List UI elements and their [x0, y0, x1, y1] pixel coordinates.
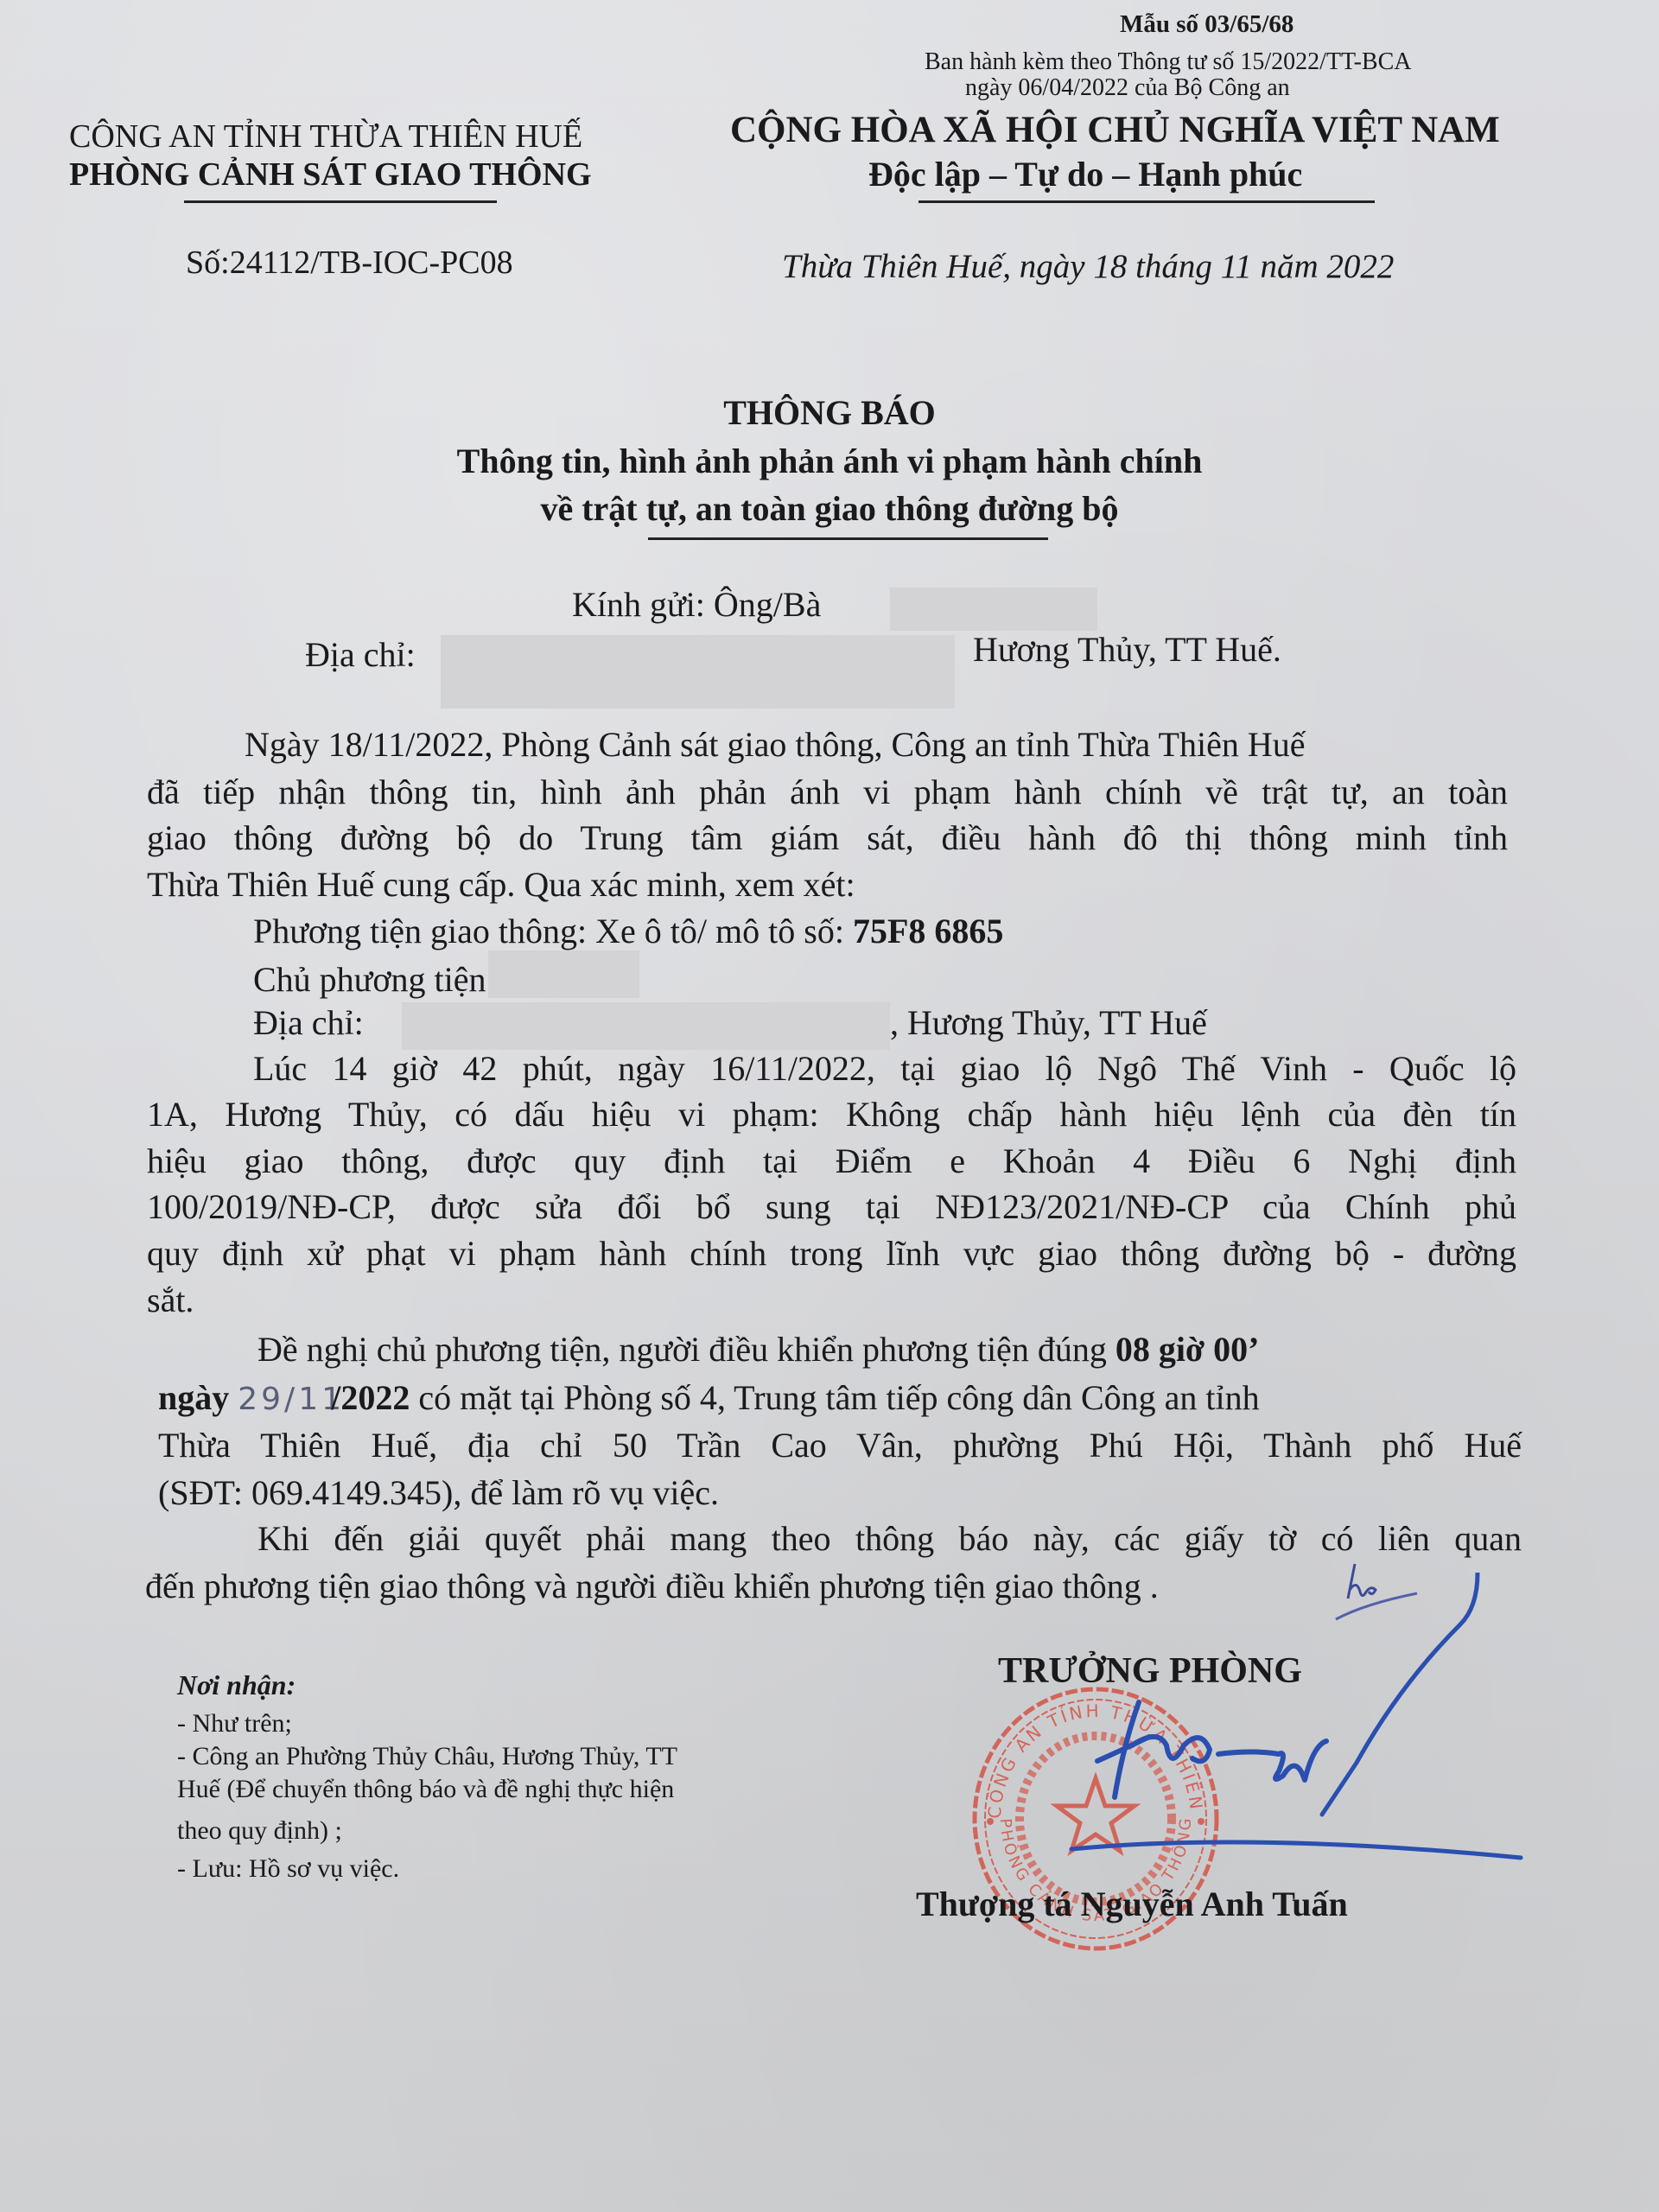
recipient-item: theo quy định) ;: [177, 1816, 342, 1846]
intro-line: giao thông đường bộ do Trung tâm giám sá…: [147, 817, 1508, 858]
intro-line: đã tiếp nhận thông tin, hình ảnh phản án…: [147, 772, 1508, 812]
redacted-owner-name: [488, 950, 639, 998]
title-underline: [648, 537, 1048, 540]
request-line4: (SĐT: 069.4149.345), để làm rõ vụ việc.: [158, 1472, 719, 1513]
redacted-addressee-name: [890, 588, 1097, 631]
appointment-day-label: ngày: [158, 1378, 238, 1417]
request-line2: ngày 29/11/2022 có mặt tại Phòng số 4, T…: [158, 1377, 1260, 1418]
recipient-item: - Công an Phường Thủy Châu, Hương Thủy, …: [177, 1742, 677, 1771]
motto-underline: [918, 200, 1375, 203]
owner-label: Chủ phương tiện:: [253, 959, 496, 1000]
national-motto: Độc lập – Tự do – Hạnh phúc: [868, 154, 1302, 194]
agency-unit: PHÒNG CẢNH SÁT GIAO THÔNG: [69, 156, 592, 194]
vehicle-line: Phương tiện giao thông: Xe ô tô/ mô tô s…: [253, 911, 1003, 951]
redacted-addressee-address: [441, 635, 955, 709]
signer-name: Thượng tá Nguyễn Anh Tuấn: [916, 1884, 1348, 1924]
appointment-year: /2022: [331, 1378, 410, 1417]
document-subtitle-line2: về trật tự, an toàn giao thông đường bộ: [0, 488, 1659, 529]
document-number: Số:24112/TB-IOC-PC08: [186, 244, 513, 282]
intro-line: Thừa Thiên Huế cung cấp. Qua xác minh, x…: [147, 864, 855, 905]
owner-address-tail: , Hương Thủy, TT Huế: [890, 1002, 1207, 1043]
recipient-item: Huế (Để chuyển thông báo và đề nghị thực…: [177, 1775, 674, 1804]
appointment-place: có mặt tại Phòng số 4, Trung tâm tiếp cô…: [410, 1378, 1259, 1417]
recipient-item: - Như trên;: [177, 1709, 292, 1738]
form-issued-date: ngày 06/04/2022 của Bộ Công an: [965, 74, 1290, 102]
request-text: Đề nghị chủ phương tiện, người điều khiể…: [257, 1330, 1116, 1369]
violation-line: Lúc 14 giờ 42 phút, ngày 16/11/2022, tại…: [253, 1048, 1516, 1089]
violation-line: 1A, Hương Thủy, có dấu hiệu vi phạm: Khô…: [147, 1094, 1516, 1135]
recipient-item: - Lưu: Hồ sơ vụ việc.: [177, 1854, 399, 1884]
document-title: THÔNG BÁO: [0, 392, 1659, 433]
addressee-greeting: Kính gửi: Ông/Bà: [572, 584, 821, 625]
recipients-title: Nơi nhận:: [177, 1669, 296, 1701]
signature-icon: [994, 1573, 1529, 1884]
intro-line: Ngày 18/11/2022, Phòng Cảnh sát giao thô…: [245, 724, 1306, 765]
vehicle-label: Phương tiện giao thông: Xe ô tô/ mô tô s…: [253, 912, 853, 950]
form-issued-with: Ban hành kèm theo Thông tư số 15/2022/TT…: [925, 48, 1412, 76]
appointment-day-handwritten: 29/11: [238, 1382, 331, 1417]
agency-parent: CÔNG AN TỈNH THỪA THIÊN HUẾ: [69, 118, 582, 156]
appointment-time: 08 giờ 00’: [1116, 1330, 1260, 1369]
violation-line: quy định xử phạt vi phạm hành chính tron…: [147, 1233, 1516, 1274]
redacted-owner-address: [402, 1002, 890, 1050]
violation-line: hiệu giao thông, được quy định tại Điểm …: [147, 1141, 1516, 1181]
request-line3: Thừa Thiên Huế, địa chỉ 50 Trần Cao Vân,…: [158, 1425, 1522, 1465]
addressee-address-label: Địa chỉ:: [305, 634, 416, 675]
document-subtitle-line1: Thông tin, hình ảnh phản ánh vi phạm hàn…: [0, 441, 1659, 481]
document-page: Mẫu số 03/65/68 Ban hành kèm theo Thông …: [0, 0, 1659, 2212]
violation-line: 100/2019/NĐ-CP, được sửa đổi bổ sung tại…: [147, 1186, 1516, 1227]
addressee-address-tail: Hương Thủy, TT Huế.: [973, 629, 1281, 670]
form-number: Mẫu số 03/65/68: [1120, 10, 1294, 39]
request-line1: Đề nghị chủ phương tiện, người điều khiể…: [257, 1329, 1259, 1370]
place-date: Thừa Thiên Huế, ngày 18 tháng 11 năm 202…: [782, 247, 1394, 286]
national-heading: CỘNG HÒA XÃ HỘI CHỦ NGHĨA VIỆT NAM: [730, 109, 1500, 151]
violation-line: sắt.: [147, 1280, 194, 1320]
closing-line: Khi đến giải quyết phải mang theo thông …: [257, 1518, 1522, 1559]
agency-underline: [184, 200, 497, 203]
vehicle-plate: 75F8 6865: [853, 912, 1003, 950]
owner-address-label: Địa chỉ:: [253, 1002, 364, 1043]
